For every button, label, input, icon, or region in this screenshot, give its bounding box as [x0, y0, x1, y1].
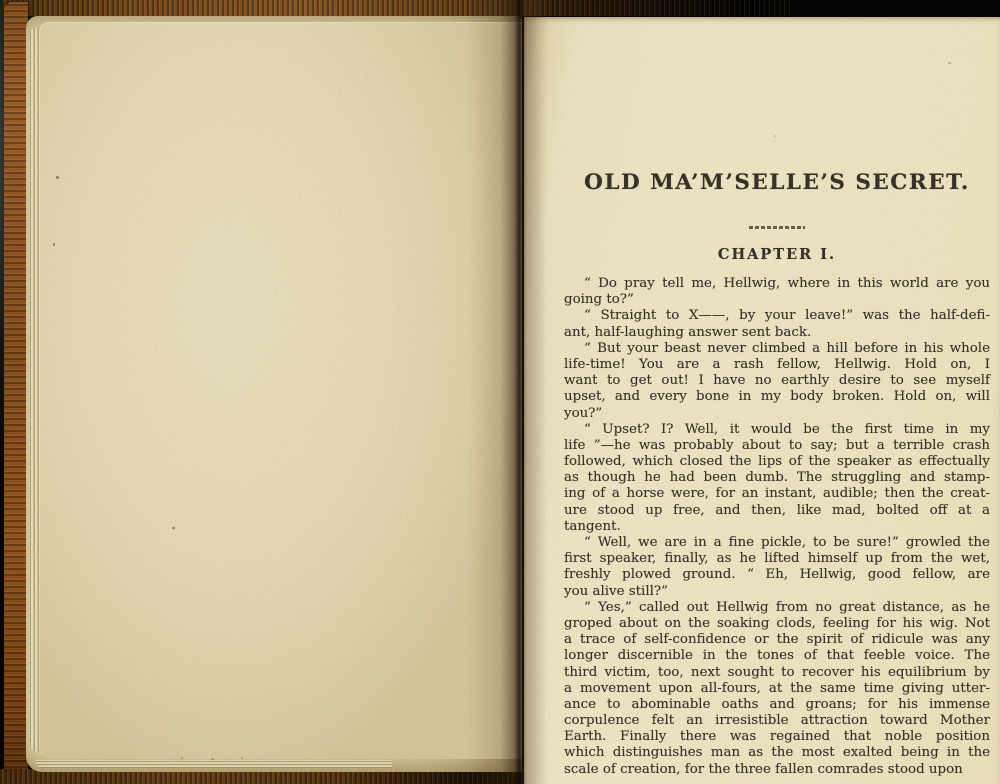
text-line: going to?” [564, 292, 990, 308]
text-line: life-time! You are a rash fellow, Hellwi… [564, 357, 990, 373]
book-cover-left-edge [4, 2, 28, 780]
chapter-heading: CHAPTER I. [564, 246, 990, 263]
book-cover-top-edge [2, 0, 794, 16]
foxing-speck [53, 243, 55, 246]
text-line: Earth. Finally there was regained that n… [564, 729, 990, 745]
text-line: ant, half-laughing answer sent back. [564, 325, 990, 341]
text-line: life ”—he was probably about to say; but… [564, 438, 990, 454]
text-line: “ Upset? I? Well, it would be the first … [564, 422, 990, 438]
text-line: you alive still?” [564, 584, 990, 600]
foxing-speck [211, 758, 214, 760]
text-line: “ Do pray tell me, Hellwig, where in thi… [564, 276, 990, 292]
text-line: ure stood up free, and then, like mad, b… [564, 503, 990, 519]
foxing-speck [181, 757, 183, 759]
body-text: “ Do pray tell me, Hellwig, where in thi… [564, 276, 990, 778]
page-edges-bottom [35, 760, 392, 768]
left-page-blank [26, 16, 522, 772]
text-line: corpulence felt an irresistible attracti… [564, 713, 990, 729]
text-line: groped about on the soaking clods, feeli… [564, 616, 990, 632]
text-line: ing of a horse were, for an instant, aud… [564, 486, 990, 502]
foxing-speck [948, 62, 951, 64]
text-line: followed, which closed the lips of the s… [564, 454, 990, 470]
text-line: which distinguishes man as the most exal… [564, 745, 990, 761]
foxing-speck [172, 527, 175, 529]
book-title: OLD MA’M’SELLE’S SECRET. [564, 170, 990, 195]
text-line: ance to abominable oaths and groans; for… [564, 697, 990, 713]
page-edges-left [30, 28, 39, 752]
foxing-speck [56, 176, 59, 179]
text-line: as though he had been dumb. The struggli… [564, 470, 990, 486]
text-line: upset, and every bone in my body broken.… [564, 389, 990, 405]
text-line: first speaker, finally, as he lifted him… [564, 551, 990, 567]
text-line: want to get out! I have no earthly desir… [564, 373, 990, 389]
left-page-surface [39, 22, 522, 759]
text-line: you?” [564, 406, 990, 422]
text-line: “ Straight to X——, by your leave!” was t… [564, 308, 990, 324]
text-line: scale of creation, for the three fallen … [564, 762, 990, 778]
text-line: “ Yes,” called out Hellwig from no great… [564, 600, 990, 616]
text-line: third victim, too, next sought to recove… [564, 665, 990, 681]
text-line: “ Well, we are in a fine pickle, to be s… [564, 535, 990, 551]
right-page: OLD MA’M’SELLE’S SECRET. CHAPTER I. “ Do… [524, 17, 1000, 784]
foxing-speck [774, 135, 776, 137]
text-line: tangent. [564, 519, 990, 535]
foxing-speck [241, 757, 243, 759]
open-book-scan: OLD MA’M’SELLE’S SECRET. CHAPTER I. “ Do… [0, 0, 1000, 784]
text-line: a trace of self-confidence or the spirit… [564, 632, 990, 648]
title-divider-rule [749, 226, 805, 229]
text-line: longer discernible in the tones of that … [564, 648, 990, 664]
text-line: freshly plowed ground. “ Eh, Hellwig, go… [564, 567, 990, 583]
text-line: a movement upon all-fours, at the same t… [564, 681, 990, 697]
text-line: “ But your beast never climbed a hill be… [564, 341, 990, 357]
